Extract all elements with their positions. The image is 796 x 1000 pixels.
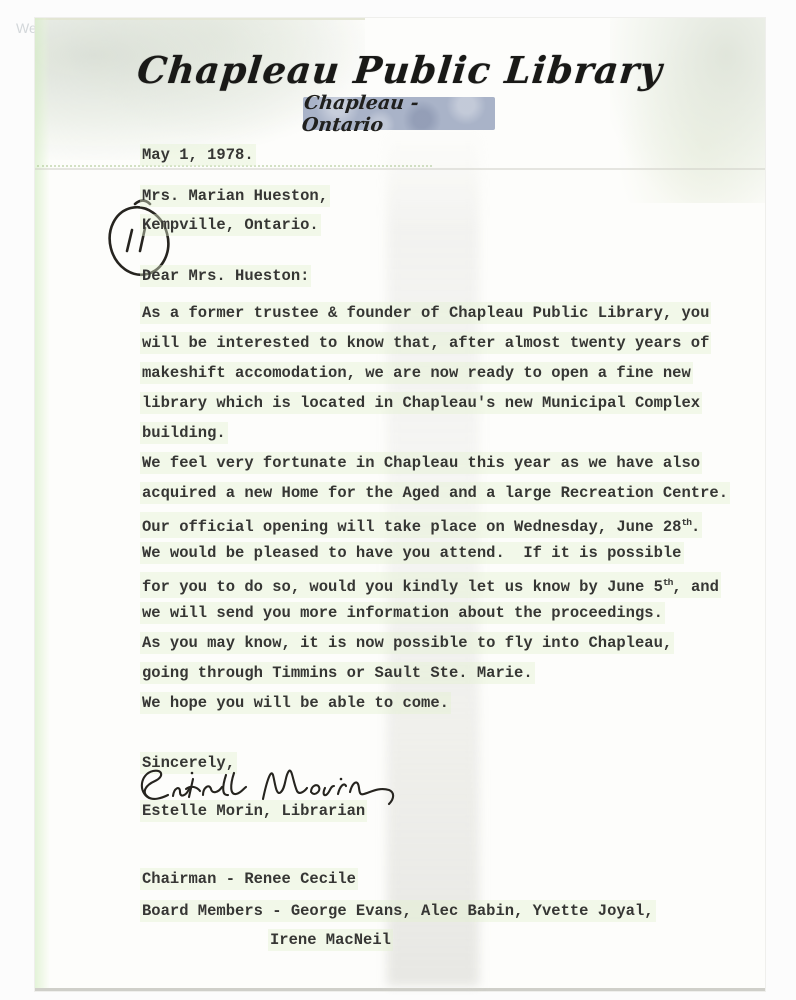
body-line: As you may know, it is now possible to f… [140, 632, 674, 654]
letterhead-subtitle-highlight: Chapleau - Ontario [303, 97, 495, 130]
signature-typed-name: Estelle Morin, Librarian [140, 800, 367, 822]
body-line: will be interested to know that, after a… [140, 332, 711, 354]
board-members-line: Board Members - George Evans, Alec Babin… [140, 900, 656, 922]
ordinal-superscript: th [663, 577, 673, 588]
letterhead-subtitle: Chapleau - Ontario [301, 92, 498, 136]
ordinal-superscript: th [682, 517, 692, 528]
body-line: we will send you more information about … [140, 602, 665, 624]
body-line: building. [140, 422, 228, 444]
body-line: makeshift accomodation, we are now ready… [140, 362, 693, 384]
body-line: Our official opening will take place on … [140, 512, 702, 538]
body-line: acquired a new Home for the Aged and a l… [140, 482, 730, 504]
body-line: going through Timmins or Sault Ste. Mari… [140, 662, 535, 684]
body-line: We feel very fortunate in Chapleau this … [140, 452, 702, 474]
fold-line [35, 168, 765, 170]
scan-bleed-ghost-text: We [16, 20, 37, 36]
scanned-letter-screenshot: { "letterhead": { "title": "Chapleau Pub… [0, 0, 796, 1000]
scan-artifact-top-right [610, 18, 765, 203]
body-line: We hope you will be able to come. [140, 692, 451, 714]
scan-artifact-left-edge [35, 18, 50, 988]
body-line: We would be pleased to have you attend. … [140, 542, 684, 564]
letter-date: May 1, 1978. [140, 144, 256, 166]
body-line: for you to do so, would you kindly let u… [140, 572, 721, 598]
recipient-city: Kempville, Ontario. [140, 214, 321, 236]
board-members-line-2: Irene MacNeil [268, 929, 393, 951]
letter-page: Chapleau Public Library Chapleau - Ontar… [35, 18, 765, 991]
body-line: library which is located in Chapleau's n… [140, 392, 702, 414]
salutation: Dear Mrs. Hueston: [140, 265, 311, 287]
chairman-line: Chairman - Renee Cecile [140, 868, 358, 890]
body-line: As a former trustee & founder of Chaplea… [140, 302, 711, 324]
recipient-name: Mrs. Marian Hueston, [140, 185, 330, 207]
letterhead-title: Chapleau Public Library [33, 48, 768, 92]
